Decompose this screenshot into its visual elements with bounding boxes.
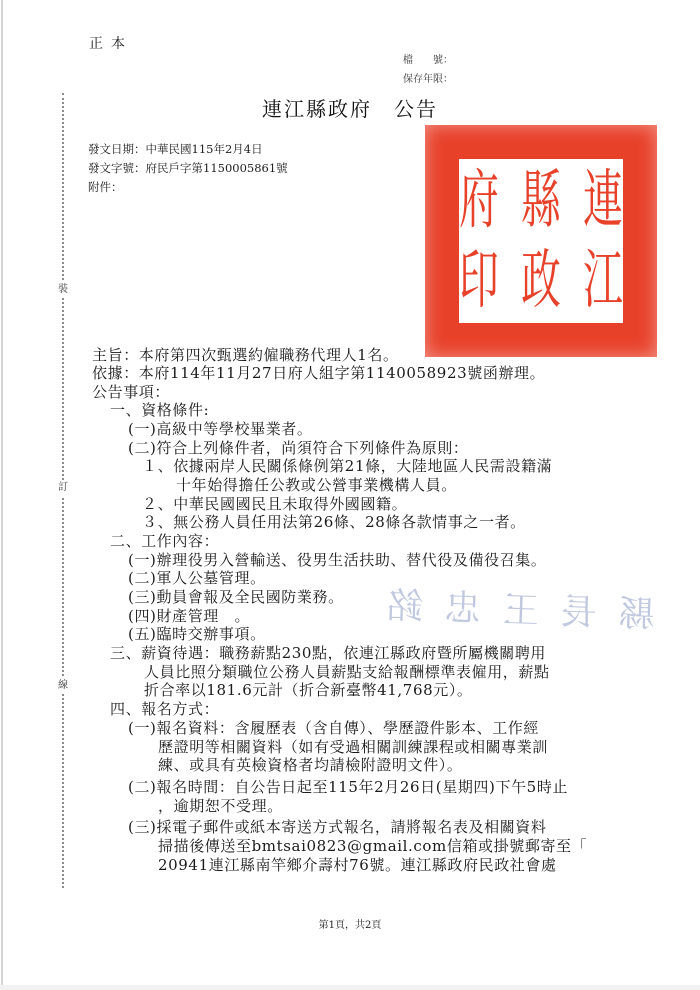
signature-stamp: 縣長王忠銘: [364, 577, 656, 638]
binding-mark-zhuang: 裝: [55, 282, 71, 298]
title-agency: 連江縣政府: [262, 97, 372, 121]
archive-file-no-label: 檔 號：: [403, 55, 453, 66]
section-item-continuation: 掃描後傳送至bmtsai0823@gmail.com信箱或掛號郵寄至「: [158, 837, 587, 855]
section-item-continuation: ，逾期恕不受理。: [158, 797, 283, 815]
page-bottom-edge: [0, 985, 700, 990]
section-heading: 三、薪資待遇：職務薪點230點，依連江縣政府暨所屬機關聘用: [110, 644, 546, 662]
section-item: (四)財產管理 。: [128, 607, 250, 625]
binding-mark-ding: 訂: [55, 480, 71, 496]
section-item: (二)報名時間：自公告日起至115年2月26日(星期四)下午5時止: [128, 778, 568, 796]
section-heading: 四、報名方式：: [110, 700, 219, 718]
seal-char: 縣: [516, 161, 566, 241]
page-edge: [1, 0, 3, 990]
section-item-continuation: 歷證明等相關資料（如有受過相關訓練課程或相關專業訓: [158, 738, 548, 756]
seal-char: 江: [578, 241, 628, 321]
title-doc-type: 公告: [394, 97, 438, 121]
issue-date: 發文日期：中華民國115年2月4日: [88, 141, 263, 157]
official-seal: 連 江 縣 政 府 印: [425, 125, 657, 357]
document-number: 發文字號：府民戶字第1150005861號: [88, 160, 288, 176]
items-header: 公告事項：: [92, 383, 170, 401]
seal-char: 連: [578, 161, 628, 241]
archive-file-no: 檔 號：: [403, 51, 453, 66]
archive-retention-label: 保存年限：: [403, 74, 453, 85]
binding-mark-xian: 線: [55, 678, 71, 694]
seal-char: 政: [516, 241, 566, 321]
seal-char: 府: [454, 161, 504, 241]
archive-retention: 保存年限：: [403, 70, 453, 85]
page-indicator: 第1頁，共2頁: [0, 916, 700, 931]
attachment: 附件：: [88, 179, 123, 195]
basis-line: 依據：本府114年11月27日府人組字第1140058923號函辦理。: [92, 364, 545, 382]
section-item-continuation: 人員比照分類職位公務人員薪點支給報酬標準表僱用，薪點: [144, 663, 550, 681]
section-item: (五)臨時交辦事項。: [128, 625, 266, 643]
section-item: (三)動員會報及全民國防業務。: [128, 588, 344, 606]
section-item: (三)採電子郵件或紙本寄送方式報名，請將報名表及相關資料: [128, 818, 547, 836]
section-item-continuation: 練、或具有英檢資格者均請檢附證明文件）。: [158, 756, 463, 774]
section-item-continuation: 20941連江縣南竿鄉介壽村76號。連江縣政府民政社會處: [158, 856, 557, 874]
section-item: ３、無公務人員任用法第26條、28條各款情事之一者。: [142, 513, 526, 531]
section-item: ２、中華民國國民且未取得外國國籍。: [142, 495, 407, 513]
section-item: (二)符合上列條件者，尚須符合下列條件為原則：: [128, 439, 469, 457]
section-item: １、依據兩岸人民關係條例第21條，大陸地區人民需設籍滿: [142, 457, 552, 475]
section-item: (一)辦理役男入營輸送、役男生活扶助、替代役及備役召集。: [128, 551, 547, 569]
seal-inner: 連 江 縣 政 府 印: [459, 159, 623, 323]
section-item: (二)軍人公墓管理。: [128, 569, 266, 587]
subject-line: 主旨：本府第四次甄選約僱職務代理人1名。: [92, 346, 399, 364]
page-title: 連江縣政府公告: [0, 93, 700, 122]
section-item: (一)高級中等學校畢業者。: [128, 420, 313, 438]
section-item-continuation: 折合率以181.6元計（折合新臺幣41,768元）。: [144, 681, 473, 699]
section-heading: 一、資格條件:: [110, 401, 209, 419]
section-item-continuation: 十年始得擔任公教或公營事業機構人員。: [176, 476, 457, 494]
seal-char: 印: [454, 241, 504, 321]
copy-label: 正本: [89, 33, 133, 53]
section-heading: 二、工作內容：: [110, 532, 219, 550]
section-item: (一)報名資料：含履歷表（含自傳）、學歷證件影本、工作經: [128, 719, 539, 737]
